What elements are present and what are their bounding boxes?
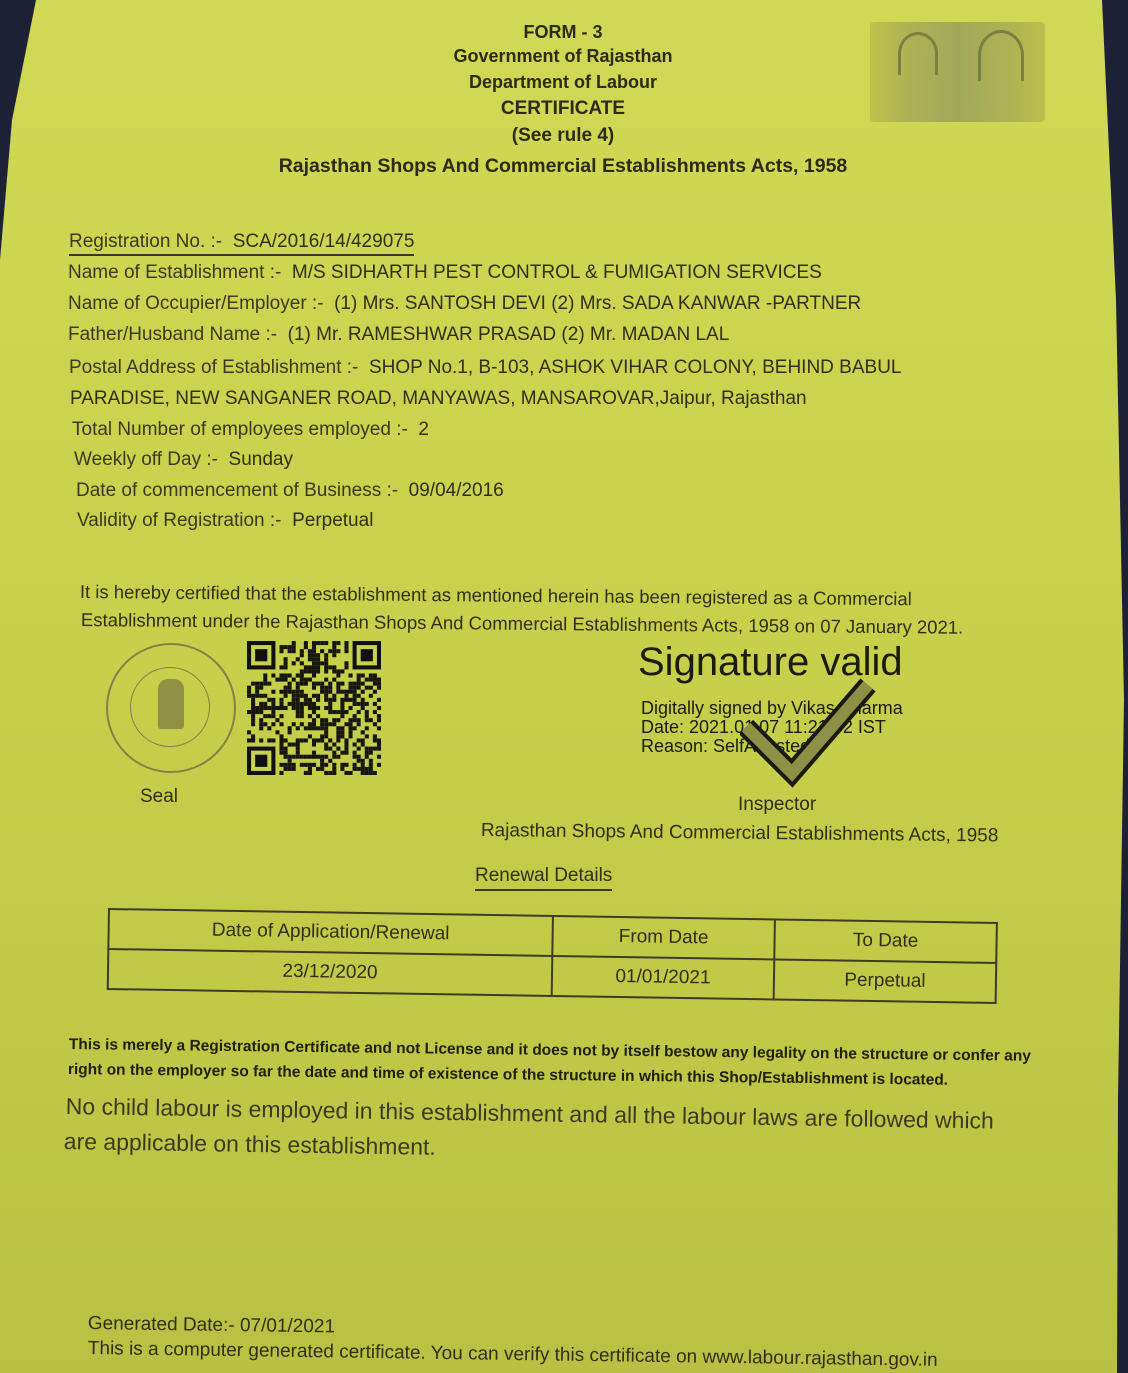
rule-reference: (See rule 4) bbox=[213, 125, 913, 147]
establishment-label: Name of Establishment :- bbox=[68, 262, 281, 283]
employee-count: Total Number of employees employed :- 2 bbox=[72, 419, 429, 441]
occupier-name: Name of Occupier/Employer :- (1) Mrs. SA… bbox=[68, 293, 861, 315]
address-value-line2: PARADISE, NEW SANGANER ROAD, MANYAWAS, M… bbox=[70, 388, 807, 410]
employees-value: 2 bbox=[418, 419, 429, 440]
column-from-date: From Date bbox=[552, 916, 775, 959]
validity-label: Validity of Registration :- bbox=[77, 510, 282, 531]
registration-validity: Validity of Registration :- Perpetual bbox=[77, 510, 373, 532]
weekly-off-value: Sunday bbox=[229, 449, 293, 470]
inspector-act: Rajasthan Shops And Commercial Establish… bbox=[481, 820, 999, 847]
renewal-heading: Renewal Details bbox=[475, 865, 612, 891]
establishment-value: M/S SIDHARTH PEST CONTROL & FUMIGATION S… bbox=[292, 262, 822, 283]
column-application-date: Date of Application/Renewal bbox=[108, 909, 553, 956]
father-husband-value: (1) Mr. RAMESHWAR PRASAD (2) Mr. MADAN L… bbox=[288, 324, 730, 345]
employees-label: Total Number of employees employed :- bbox=[72, 419, 408, 440]
qr-code-icon[interactable] bbox=[247, 641, 381, 775]
verification-note: This is a computer generated certificate… bbox=[88, 1338, 938, 1372]
occupier-label: Name of Occupier/Employer :- bbox=[68, 293, 324, 314]
checkmark-icon bbox=[740, 665, 880, 790]
to-date-cell: Perpetual bbox=[774, 959, 997, 1002]
child-labour-line-1: No child labour is employed in this esta… bbox=[66, 1093, 994, 1135]
father-husband-name: Father/Husband Name :- (1) Mr. RAMESHWAR… bbox=[68, 324, 729, 346]
renewal-table: Date of Application/Renewal From Date To… bbox=[107, 908, 998, 1004]
government-name: Government of Rajasthan bbox=[213, 46, 913, 67]
address-label: Postal Address of Establishment :- bbox=[69, 357, 358, 378]
seal-label: Seal bbox=[140, 786, 178, 808]
child-labour-line-2: are applicable on this establishment. bbox=[64, 1128, 436, 1161]
form-number: FORM - 3 bbox=[213, 22, 913, 43]
photo-person-1-icon bbox=[898, 32, 938, 75]
certification-line-2: Establishment under the Rajasthan Shops … bbox=[81, 609, 964, 639]
application-date-cell: 23/12/2020 bbox=[108, 949, 553, 996]
column-to-date: To Date bbox=[774, 919, 997, 962]
disclaimer-line-2: right on the employer so far the date an… bbox=[68, 1061, 948, 1090]
disclaimer-line-1: This is merely a Registration Certificat… bbox=[69, 1036, 1031, 1066]
commencement-label: Date of commencement of Business :- bbox=[76, 480, 398, 501]
act-title: Rajasthan Shops And Commercial Establish… bbox=[213, 155, 913, 178]
certification-line-1: It is hereby certified that the establis… bbox=[80, 581, 912, 610]
certificate-paper: FORM - 3 Government of Rajasthan Departm… bbox=[0, 0, 1128, 1373]
department-name: Department of Labour bbox=[213, 72, 913, 93]
ashoka-emblem-icon bbox=[158, 679, 184, 729]
photo-person-2-icon bbox=[978, 30, 1024, 81]
registration-number: Registration No. :- SCA/2016/14/429075 bbox=[69, 231, 414, 256]
weekly-off-day: Weekly off Day :- Sunday bbox=[74, 449, 293, 471]
inspector-title: Inspector bbox=[738, 794, 816, 816]
father-husband-label: Father/Husband Name :- bbox=[68, 324, 277, 345]
from-date-cell: 01/01/2021 bbox=[552, 956, 775, 999]
generated-date: Generated Date:- 07/01/2021 bbox=[88, 1313, 335, 1338]
address-value-line1: SHOP No.1, B-103, ASHOK VIHAR COLONY, BE… bbox=[369, 357, 902, 378]
applicant-photos bbox=[870, 22, 1045, 122]
establishment-name: Name of Establishment :- M/S SIDHARTH PE… bbox=[68, 262, 822, 284]
registration-value: SCA/2016/14/429075 bbox=[233, 231, 415, 252]
state-emblem-seal-icon bbox=[106, 643, 236, 773]
commencement-date: Date of commencement of Business :- 09/0… bbox=[76, 480, 504, 502]
commencement-value: 09/04/2016 bbox=[409, 480, 504, 501]
registration-label: Registration No. :- bbox=[69, 231, 222, 252]
certificate-title: CERTIFICATE bbox=[213, 98, 913, 120]
weekly-off-label: Weekly off Day :- bbox=[74, 449, 218, 470]
validity-value: Perpetual bbox=[292, 510, 373, 531]
postal-address: Postal Address of Establishment :- SHOP … bbox=[69, 357, 902, 379]
occupier-value: (1) Mrs. SANTOSH DEVI (2) Mrs. SADA KANW… bbox=[334, 293, 861, 314]
